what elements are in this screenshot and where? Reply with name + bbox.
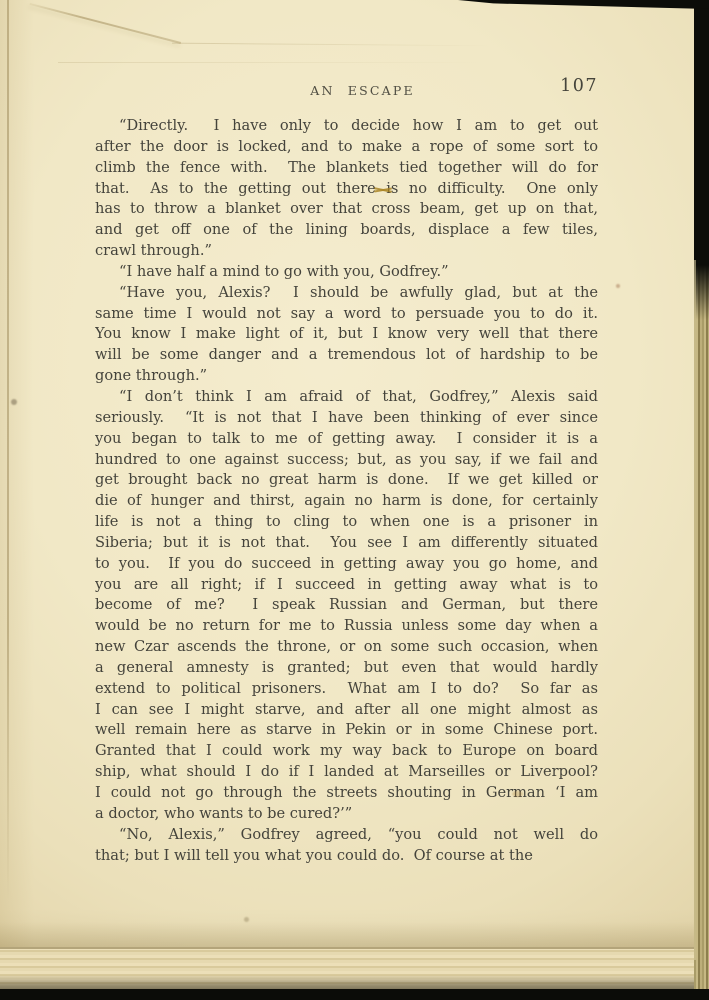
- text-line: would be no return for me to Russia unle…: [95, 616, 598, 637]
- text-line: hundred to one against success; but, as …: [95, 450, 598, 471]
- page-gutter-fold-line: [7, 0, 9, 900]
- text-line: gone through.”: [95, 366, 598, 387]
- text-line: extend to political prisoners. What am I…: [95, 679, 598, 700]
- text-line: “Have you, Alexis? I should be awfully g…: [95, 283, 598, 304]
- text-line: a doctor, who wants to be cured?’”: [95, 804, 598, 825]
- text-line: get brought back no great harm is done. …: [95, 470, 598, 491]
- text-line: after the door is locked, and to make a …: [95, 137, 598, 158]
- text-line: Granted that I could work my way back to…: [95, 741, 598, 762]
- bottom-page-edges: [0, 947, 695, 989]
- text-line: and get off one of the lining boards, di…: [95, 220, 598, 241]
- text-line: Siberia; but it is not that. You see I a…: [95, 533, 598, 554]
- book-page-scan: AN ESCAPE 107 “Directly. I have only to …: [0, 0, 709, 1000]
- running-title: AN ESCAPE: [310, 83, 415, 98]
- text-line: you began to talk to me of getting away.…: [95, 429, 598, 450]
- page-number: 107: [560, 76, 598, 96]
- text-line: well remain here as starve in Pekin or i…: [95, 720, 598, 741]
- body-text: “Directly. I have only to decide how I a…: [95, 116, 598, 866]
- text-line: that; but I will tell you what you could…: [95, 846, 598, 867]
- text-line: life is not a thing to cling to when one…: [95, 512, 598, 533]
- ink-strike-mark: [374, 184, 392, 195]
- text-line: become of me? I speak Russian and German…: [95, 595, 598, 616]
- text-line: “I don’t think I am afraid of that, Godf…: [95, 387, 598, 408]
- text-line: crawl through.”: [95, 241, 598, 262]
- text-line: you are all right; if I succeed in getti…: [95, 575, 598, 596]
- text-line: new Czar ascends the throne, or on some …: [95, 637, 598, 658]
- paper-crease: [58, 62, 488, 63]
- text-line: same time I would not say a word to pers…: [95, 304, 598, 325]
- paper-speck: [616, 284, 620, 288]
- text-line: a general amnesty is granted; but even t…: [95, 658, 598, 679]
- text-line: will be some danger and a tremendous lot…: [95, 345, 598, 366]
- page-bottom-shadow: [0, 922, 695, 948]
- fore-edge-page-stack: [694, 0, 709, 989]
- text-line: ship, what should I do if I landed at Ma…: [95, 762, 598, 783]
- text-line: I can see I might starve, and after all …: [95, 700, 598, 721]
- paper-smudge: [512, 791, 523, 797]
- text-line: has to throw a blanket over that cross b…: [95, 199, 598, 220]
- text-line: You know I make light of it, but I know …: [95, 324, 598, 345]
- text-line: “No, Alexis,” Godfrey agreed, “you could…: [95, 825, 598, 846]
- text-line: “Directly. I have only to decide how I a…: [95, 116, 598, 137]
- text-line: die of hunger and thirst, again no harm …: [95, 491, 598, 512]
- text-line: seriously. “It is not that I have been t…: [95, 408, 598, 429]
- text-block: AN ESCAPE 107 “Directly. I have only to …: [95, 76, 598, 116]
- text-line: to you. If you do succeed in getting awa…: [95, 554, 598, 575]
- text-line: “I have half a mind to go with you, Godf…: [95, 262, 598, 283]
- text-line: climb the fence with. The blankets tied …: [95, 158, 598, 179]
- paper-speck: [11, 399, 17, 405]
- running-header: AN ESCAPE 107: [95, 76, 598, 116]
- cover-edge-bottom: [0, 989, 709, 1000]
- text-line: that. As to the getting out there is no …: [95, 179, 598, 200]
